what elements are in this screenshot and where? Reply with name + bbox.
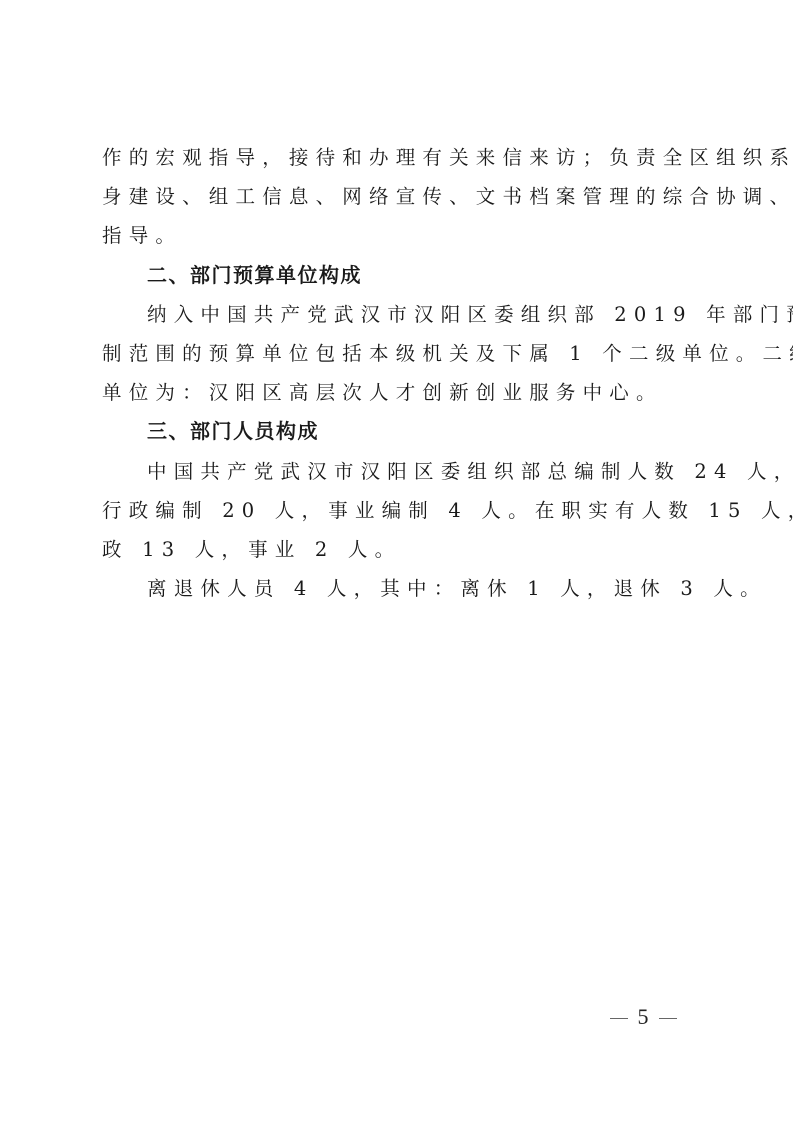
continuation-paragraph: 作的宏观指导，接待和办理有关来信来访；负责全区组织系统自 身建设、组工信息、网络… xyxy=(102,138,692,256)
text-line: 单位为：汉阳区高层次人才创新创业服务中心。 xyxy=(102,373,692,412)
document-page: 作的宏观指导，接待和办理有关来信来访；负责全区组织系统自 身建设、组工信息、网络… xyxy=(102,138,692,608)
text-line: 中国共产党武汉市汉阳区委组织部总编制人数 24 人，其中： xyxy=(102,452,692,491)
text-line: 作的宏观指导，接待和办理有关来信来访；负责全区组织系统自 xyxy=(102,138,692,177)
text-line: 指导。 xyxy=(102,216,692,255)
text-line: 离退休人员 4 人，其中：离休 1 人，退休 3 人。 xyxy=(102,569,692,608)
dash-right xyxy=(659,1018,677,1019)
section-heading: 三、部门人员构成 xyxy=(102,412,692,451)
section-budget-units: 二、部门预算单位构成 纳入中国共产党武汉市汉阳区委组织部 2019 年部门预算编… xyxy=(102,256,692,413)
text-line: 行政编制 20 人，事业编制 4 人。在职实有人数 15 人，其中：行 xyxy=(102,491,692,530)
page-number: 5 xyxy=(638,1004,649,1029)
section-heading: 二、部门预算单位构成 xyxy=(102,256,692,295)
text-line: 政 13 人，事业 2 人。 xyxy=(102,530,692,569)
text-line: 制范围的预算单位包括本级机关及下属 1 个二级单位。二级预算 xyxy=(102,334,692,373)
text-line: 身建设、组工信息、网络宣传、文书档案管理的综合协调、宏观 xyxy=(102,177,692,216)
page-number-footer: 5 xyxy=(598,1004,688,1030)
section-staff-composition: 三、部门人员构成 中国共产党武汉市汉阳区委组织部总编制人数 24 人，其中： 行… xyxy=(102,412,692,608)
dash-left xyxy=(610,1018,628,1019)
text-line: 纳入中国共产党武汉市汉阳区委组织部 2019 年部门预算编 xyxy=(102,295,692,334)
